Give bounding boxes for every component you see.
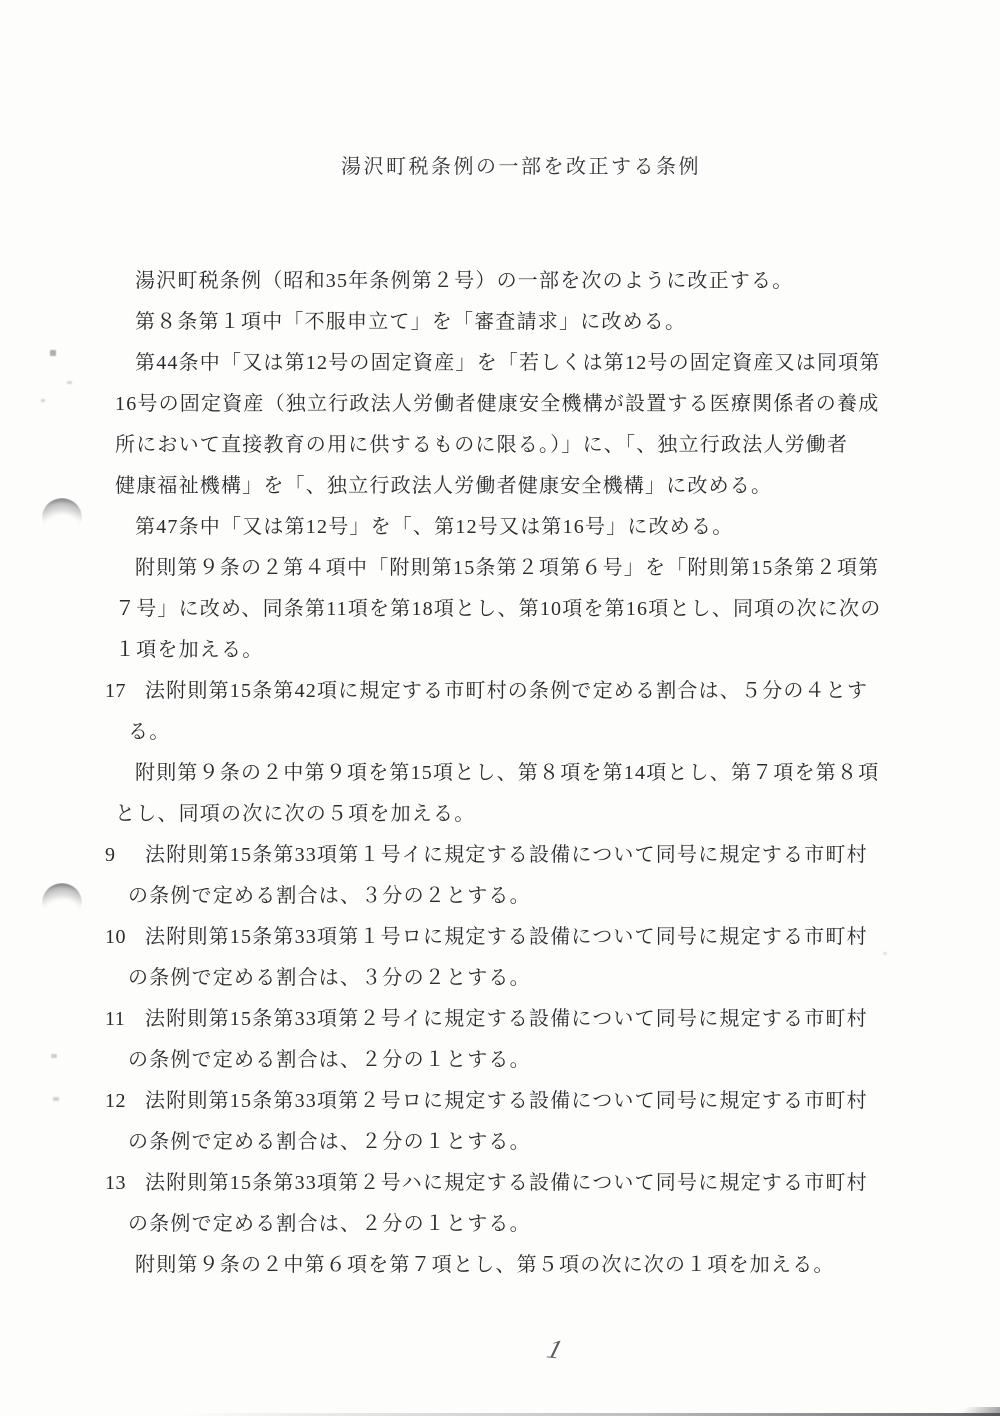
document-line: １項を加える。 bbox=[105, 630, 945, 671]
scan-speck-artifact bbox=[41, 399, 45, 402]
scan-speck-artifact bbox=[53, 1097, 59, 1101]
document-line: 所において直接教育の用に供するものに限る。）」に、「、独立行政法人労働者 bbox=[105, 425, 945, 466]
document-title: 湯沢町税条例の一部を改正する条例 bbox=[0, 150, 1000, 179]
document-line: の条例で定める割合は、２分の１とする。 bbox=[105, 1204, 945, 1245]
document-line: 第47条中「又は第12号」を「、第12号又は第16号」に改める。 bbox=[105, 507, 945, 548]
item-number: 17 bbox=[105, 671, 145, 712]
item-text: 法附則第15条第33項第２号ハに規定する設備について同号に規定する市町村 bbox=[145, 1172, 868, 1194]
document-line: 附則第９条の２第４項中「附則第15条第２項第６号」を「附則第15条第２項第 bbox=[105, 548, 945, 589]
document-line: 10法附則第15条第33項第１号ロに規定する設備について同号に規定する市町村 bbox=[105, 917, 945, 958]
scan-speck-artifact bbox=[67, 381, 72, 384]
document-line: 健康福祉機構」を「、独立行政法人労働者健康安全機構」に改める。 bbox=[105, 466, 945, 507]
item-number: 9 bbox=[105, 835, 145, 876]
document-body: 湯沢町税条例（昭和35年条例第２号）の一部を次のように改正する。第８条第１項中「… bbox=[105, 261, 945, 1286]
document-line: る。 bbox=[105, 712, 945, 753]
document-line: 11法附則第15条第33項第２号イに規定する設備について同号に規定する市町村 bbox=[105, 999, 945, 1040]
document-line: とし、同項の次に次の５項を加える。 bbox=[105, 794, 945, 835]
document-line: 附則第９条の２中第６項を第７項とし、第５項の次に次の１項を加える。 bbox=[105, 1245, 945, 1286]
item-text: 法附則第15条第33項第１号イに規定する設備について同号に規定する市町村 bbox=[145, 844, 868, 866]
document-line: 9法附則第15条第33項第１号イに規定する設備について同号に規定する市町村 bbox=[105, 835, 945, 876]
document-line: の条例で定める割合は、２分の１とする。 bbox=[105, 1040, 945, 1081]
item-number: 13 bbox=[105, 1163, 145, 1204]
item-number: 11 bbox=[105, 999, 145, 1040]
item-text: 法附則第15条第33項第２号イに規定する設備について同号に規定する市町村 bbox=[145, 1008, 868, 1030]
page-number: 1 bbox=[544, 1334, 566, 1366]
document-line: 湯沢町税条例（昭和35年条例第２号）の一部を次のように改正する。 bbox=[105, 261, 945, 302]
scan-speck-artifact bbox=[51, 1054, 57, 1058]
document-line: 16号の固定資産（独立行政法人労働者健康安全機構が設置する医療関係者の養成 bbox=[105, 384, 945, 425]
item-text: 法附則第15条第33項第２号ロに規定する設備について同号に規定する市町村 bbox=[145, 1090, 868, 1112]
document-line: 第８条第１項中「不服申立て」を「審査請求」に改める。 bbox=[105, 302, 945, 343]
scan-speck-artifact bbox=[50, 350, 56, 356]
document-line: 附則第９条の２中第９項を第15項とし、第８項を第14項とし、第７項を第８項 bbox=[105, 753, 945, 794]
document-line: 13法附則第15条第33項第２号ハに規定する設備について同号に規定する市町村 bbox=[105, 1163, 945, 1204]
scan-speck-artifact bbox=[883, 952, 887, 955]
punch-hole-shadow-artifact bbox=[42, 498, 82, 536]
document-line: の条例で定める割合は、３分の２とする。 bbox=[105, 958, 945, 999]
document-line: の条例で定める割合は、２分の１とする。 bbox=[105, 1122, 945, 1163]
punch-hole-shadow-artifact bbox=[42, 883, 82, 921]
document-line: の条例で定める割合は、３分の２とする。 bbox=[105, 876, 945, 917]
item-number: 10 bbox=[105, 917, 145, 958]
scan-corner-shadow-artifact bbox=[942, 1407, 1000, 1416]
item-text: 法附則第15条第33項第１号ロに規定する設備について同号に規定する市町村 bbox=[145, 926, 868, 948]
item-text: 法附則第15条第42項に規定する市町村の条例で定める割合は、５分の４とす bbox=[145, 680, 868, 702]
scanned-document-page: 湯沢町税条例の一部を改正する条例 湯沢町税条例（昭和35年条例第２号）の一部を次… bbox=[0, 0, 1000, 1416]
document-line: 12法附則第15条第33項第２号ロに規定する設備について同号に規定する市町村 bbox=[105, 1081, 945, 1122]
document-line: 17法附則第15条第42項に規定する市町村の条例で定める割合は、５分の４とす bbox=[105, 671, 945, 712]
document-line: ７号」に改め、同条第11項を第18項とし、第10項を第16項とし、同項の次に次の bbox=[105, 589, 945, 630]
document-line: 第44条中「又は第12号の固定資産」を「若しくは第12号の固定資産又は同項第 bbox=[105, 343, 945, 384]
item-number: 12 bbox=[105, 1081, 145, 1122]
